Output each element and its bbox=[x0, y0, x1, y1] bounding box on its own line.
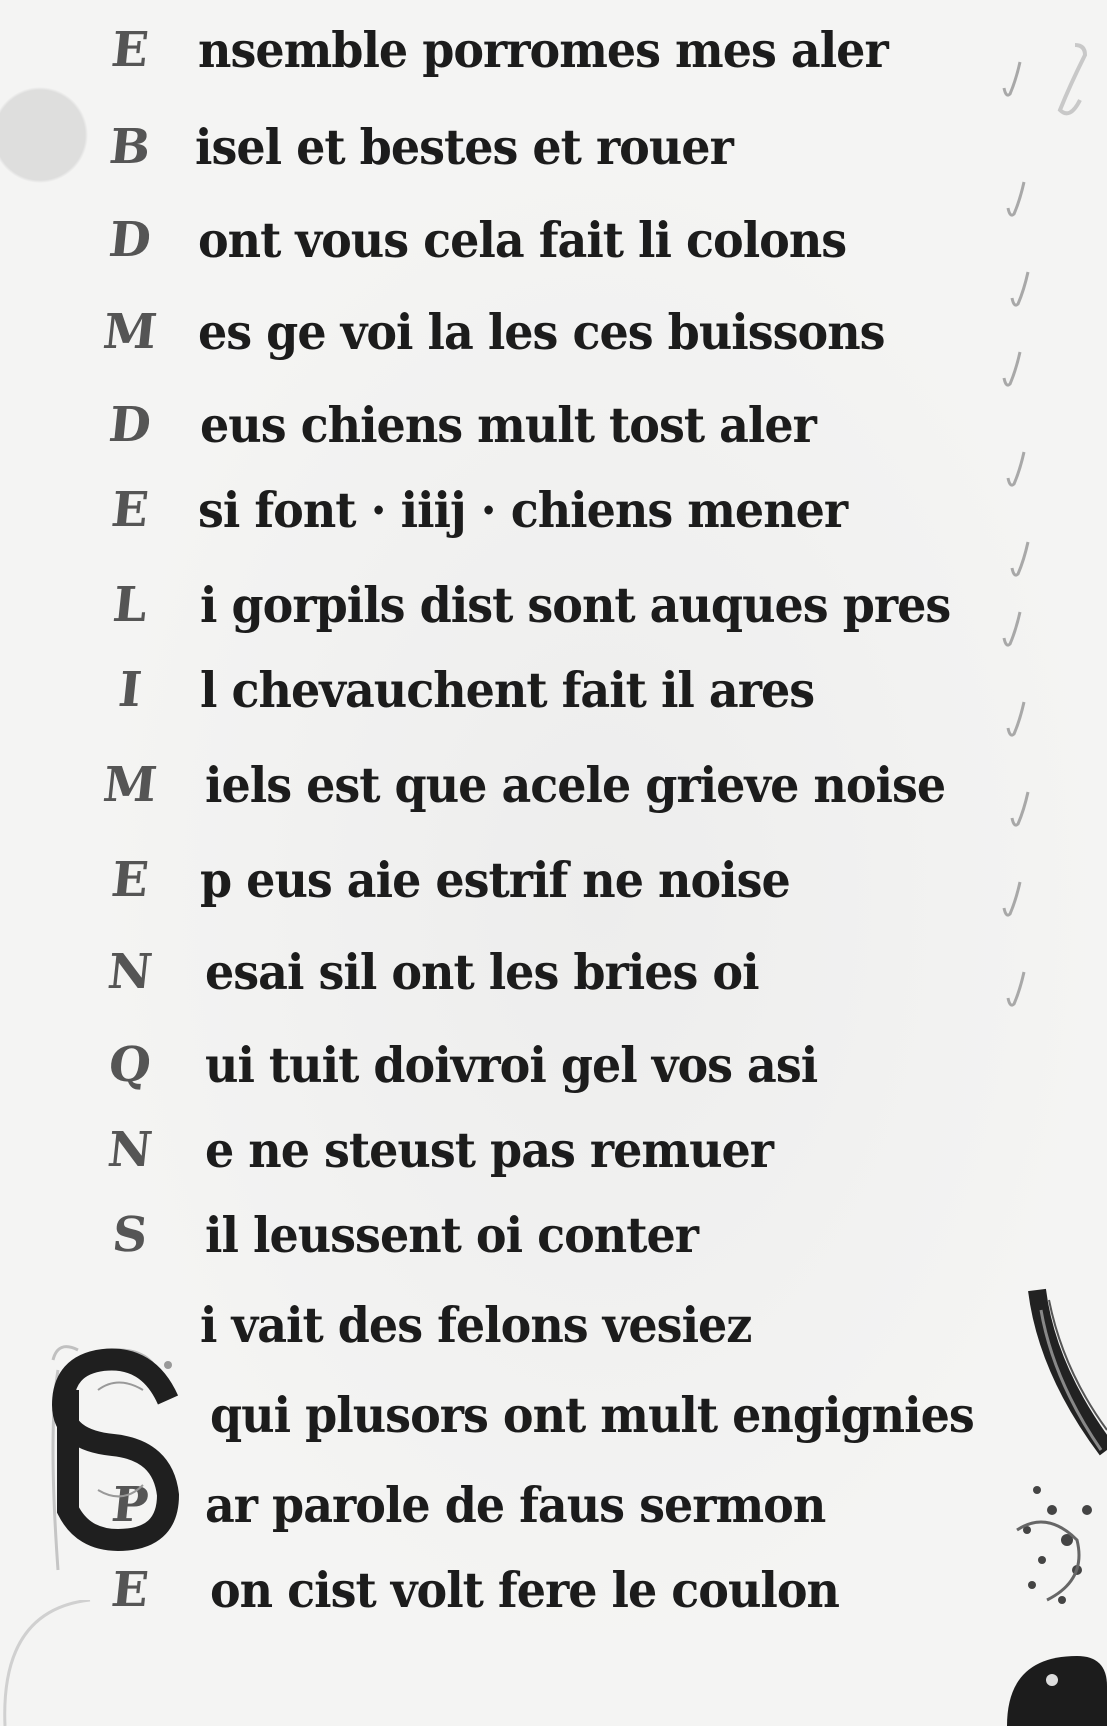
verse-text: eus chiens mult tost aler bbox=[200, 394, 816, 457]
verse-line: Miels est que acele grieve noise bbox=[0, 745, 1107, 825]
line-initial: N bbox=[97, 942, 163, 1002]
verse-line: Bisel et bestes et rouer bbox=[0, 107, 1107, 187]
illuminated-initial-s bbox=[38, 1330, 198, 1590]
bird-wing-drawing bbox=[1027, 1280, 1107, 1480]
verse-text: isel et bestes et rouer bbox=[195, 116, 733, 179]
check-mark-icon bbox=[1000, 350, 1022, 390]
verse-text: i vait des felons vesiez bbox=[200, 1294, 751, 1357]
line-initial: Q bbox=[97, 1035, 163, 1095]
verse-text: nsemble porromes mes aler bbox=[198, 19, 888, 82]
line-initial: L bbox=[97, 575, 163, 635]
line-initial: S bbox=[97, 1205, 163, 1265]
line-initial: E bbox=[97, 20, 163, 80]
line-initial: I bbox=[97, 660, 163, 720]
bird-head-drawing bbox=[997, 1640, 1107, 1726]
verse-line: Ep eus aie estrif ne noise bbox=[0, 840, 1107, 920]
verse-line: Sil leussent oi conter bbox=[0, 1195, 1107, 1275]
line-initial: D bbox=[97, 395, 163, 455]
verse-text: il leussent oi conter bbox=[205, 1204, 698, 1267]
check-mark-icon bbox=[1000, 610, 1022, 650]
check-mark-icon bbox=[1000, 880, 1022, 920]
verse-text: p eus aie estrif ne noise bbox=[200, 849, 790, 912]
verse-line: Il chevauchent fait il ares bbox=[0, 650, 1107, 730]
check-mark-icon bbox=[1004, 450, 1026, 490]
verse-line: Nesai sil ont les bries oi bbox=[0, 932, 1107, 1012]
line-initial: E bbox=[97, 480, 163, 540]
verse-line: Dont vous cela fait li colons bbox=[0, 200, 1107, 280]
line-initial: B bbox=[97, 117, 163, 177]
check-mark-icon bbox=[1004, 180, 1026, 220]
check-mark-icon bbox=[1004, 970, 1026, 1010]
line-initial: M bbox=[97, 755, 163, 815]
check-mark-icon bbox=[1000, 60, 1022, 100]
verse-line: Li gorpils dist sont auques pres bbox=[0, 565, 1107, 645]
line-initial: D bbox=[97, 210, 163, 270]
verse-text: iels est que acele grieve noise bbox=[205, 754, 945, 817]
verse-text: es ge voi la les ces buissons bbox=[198, 301, 885, 364]
verse-text: ont vous cela fait li colons bbox=[198, 209, 846, 272]
verse-line: Ne ne steust pas remuer bbox=[0, 1110, 1107, 1190]
line-initial: M bbox=[97, 302, 163, 362]
verse-text: si font · iiij · chiens mener bbox=[198, 479, 847, 542]
verse-text: qui plusors ont mult engignies bbox=[210, 1384, 974, 1447]
verse-text: esai sil ont les bries oi bbox=[205, 941, 759, 1004]
check-mark-icon bbox=[1004, 700, 1026, 740]
line-initial: N bbox=[97, 1120, 163, 1180]
verse-text: on cist volt fere le coulon bbox=[210, 1559, 839, 1622]
check-mark-icon bbox=[1008, 790, 1030, 830]
verse-line: Deus chiens mult tost aler bbox=[0, 385, 1107, 465]
check-mark-icon bbox=[1008, 270, 1030, 310]
check-mark-icon bbox=[1008, 540, 1030, 580]
verse-line: Mes ge voi la les ces buissons bbox=[0, 292, 1107, 372]
verse-line: Ensemble porromes mes aler bbox=[0, 10, 1107, 90]
verse-text: l chevauchent fait il ares bbox=[200, 659, 814, 722]
verse-text: ui tuit doivroi gel vos asi bbox=[205, 1034, 817, 1097]
line-initial: E bbox=[97, 850, 163, 910]
verse-line: Esi font · iiij · chiens mener bbox=[0, 470, 1107, 550]
verse-line: Qui tuit doivroi gel vos asi bbox=[0, 1025, 1107, 1105]
verse-text: i gorpils dist sont auques pres bbox=[200, 574, 950, 637]
foliage-drawing bbox=[997, 1470, 1107, 1630]
verse-text: e ne steust pas remuer bbox=[205, 1119, 773, 1182]
faint-circle-mark bbox=[0, 1600, 100, 1726]
verse-text: ar parole de faus sermon bbox=[205, 1474, 825, 1537]
